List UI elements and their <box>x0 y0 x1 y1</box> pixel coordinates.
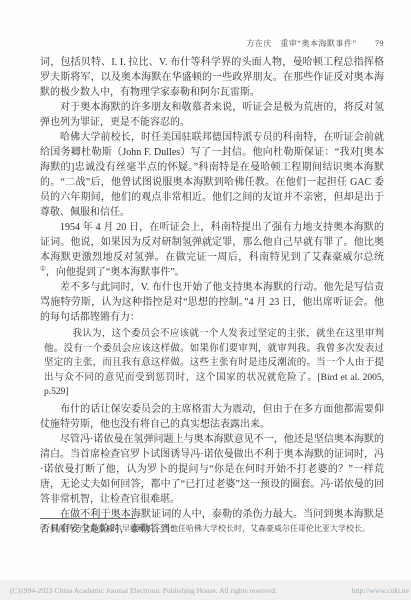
blockquote: 我认为，这个委员会不应该就一个人发表过坚定的主张，就坐在这里审判他。没有一个委员… <box>44 327 384 400</box>
paragraph: 尽管冯·诺依曼在氢弹问题上与奥本海默意见不一，他还是坚信奥本海默的清白。当首席检… <box>40 432 384 507</box>
paragraph: 1954 年 4 月 20 日，在听证会上，科南特提出了强有力地支持奥本海默的证… <box>40 220 384 280</box>
page-number: 79 <box>375 39 384 48</box>
footnote-divider <box>40 518 136 519</box>
paragraph: 差不多与此同时，V. 布什也开始了他支持奥本海默的行动。他先是写信责骂施特劳斯，… <box>40 280 384 325</box>
footnote: ① 科南特与艾森豪威尔早就相识。当他任哈佛大学校长时，艾森豪威尔任哥伦比亚大学校… <box>40 523 384 534</box>
page-header: 方在庆 重审“奥本海默事件” 79 <box>40 38 384 49</box>
paragraph-text: ，向他提到了“奥本海默事件”。 <box>46 267 185 278</box>
paragraph: 哈佛大学前校长，时任美国驻联邦德国特派专员的科南特，在听证会前就给国务卿杜勒斯（… <box>40 130 384 220</box>
paragraph: 布什的话让保安委员会的主席格雷大为震动，但由于在多方面他都需要仰仗施特劳斯，他也… <box>40 402 384 432</box>
site-url: http://www.cnki.ne <box>352 586 409 595</box>
footer-watermark: (C)1994-2023 China Academic Journal Elec… <box>0 580 411 600</box>
copyright-text: (C)1994-2023 China Academic Journal Elec… <box>10 586 277 595</box>
document-page: 方在庆 重审“奥本海默事件” 79 词，包括贝特、I. I. 拉比、V. 布什等… <box>0 0 411 600</box>
article-body: 词，包括贝特、I. I. 拉比、V. 布什等科学界的头面人物，曼哈顿工程总指挥格… <box>40 55 384 537</box>
paragraph-text: 1954 年 4 月 20 日，在听证会上，科南特提出了强有力地支持奥本海默的证… <box>40 222 384 263</box>
footnote-section: ① 科南特与艾森豪威尔早就相识。当他任哈佛大学校长时，艾森豪威尔任哥伦比亚大学校… <box>40 518 384 534</box>
paragraph: 对于奥本海默的许多朋友和敬慕者来说，听证会是极为荒唐的，将反对氢弹也列为罪证，更… <box>40 100 384 130</box>
running-head: 方在庆 重审“奥本海默事件” <box>246 39 356 48</box>
paragraph: 词，包括贝特、I. I. 拉比、V. 布什等科学界的头面人物，曼哈顿工程总指挥格… <box>40 55 384 100</box>
